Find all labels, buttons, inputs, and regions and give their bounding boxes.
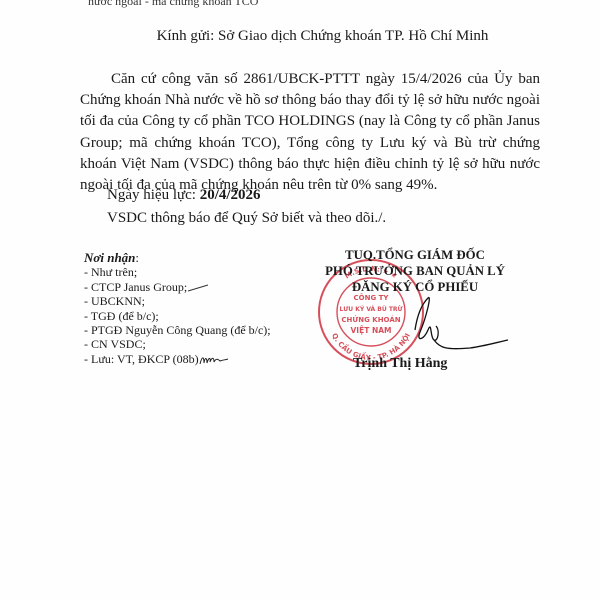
handwritten-initials-icon: [199, 354, 229, 366]
svg-text:VIỆT NAM: VIỆT NAM: [351, 326, 392, 335]
recipient-item: - Như trên;: [84, 265, 271, 279]
recipients-block: Nơi nhận: - Như trên; - CTCP Janus Group…: [84, 251, 271, 366]
handwritten-signature-icon: [410, 290, 510, 360]
recipient-item: - PTGĐ Nguyễn Công Quang (để b/c);: [84, 323, 271, 337]
closing-line: VSDC thông báo để Quý Sở biết và theo dõ…: [107, 210, 386, 227]
svg-text:CHỨNG KHOÁN: CHỨNG KHOÁN: [341, 315, 400, 324]
recipient-item: - CN VSDC;: [84, 337, 271, 351]
recipient-item: - Lưu: VT, ĐKCP (08b): [84, 352, 271, 366]
svg-text:LƯU KÝ VÀ BÙ TRỪ: LƯU KÝ VÀ BÙ TRỪ: [339, 306, 402, 313]
recipients-heading: Nơi nhận:: [84, 251, 271, 265]
checkmark-icon: [187, 284, 209, 292]
signature-block: TUQ.TỔNG GIÁM ĐỐC PHÓ TRƯỞNG BAN QUẢN LÝ…: [310, 247, 520, 295]
subject-line-tail: nước ngoài - mã chứng khoán TCO: [88, 0, 258, 9]
recipient-item: - TGĐ (để b/c);: [84, 309, 271, 323]
body-paragraph: Căn cứ công văn số 2861/UBCK-PTTT ngày 1…: [80, 69, 540, 196]
recipient-item: - CTCP Janus Group;: [84, 280, 271, 294]
effective-date-line: Ngày hiệu lực: 20/4/2026: [107, 187, 261, 204]
recipients-list: - Như trên; - CTCP Janus Group; - UBCKNN…: [84, 265, 271, 366]
addressee-line: Kính gửi: Sở Giao dịch Chứng khoán TP. H…: [0, 28, 600, 45]
recipient-item: - UBCKNN;: [84, 294, 271, 308]
signer-name: Trịnh Thị Hằng: [353, 356, 447, 372]
effective-date-value: 20/4/2026: [200, 187, 261, 203]
document-page: nước ngoài - mã chứng khoán TCO Kính gửi…: [0, 0, 600, 600]
signature-title-1: TUQ.TỔNG GIÁM ĐỐC: [310, 247, 520, 263]
signature-title-2: PHÓ TRƯỞNG BAN QUẢN LÝ: [310, 263, 520, 279]
effective-date-label: Ngày hiệu lực:: [107, 187, 200, 203]
